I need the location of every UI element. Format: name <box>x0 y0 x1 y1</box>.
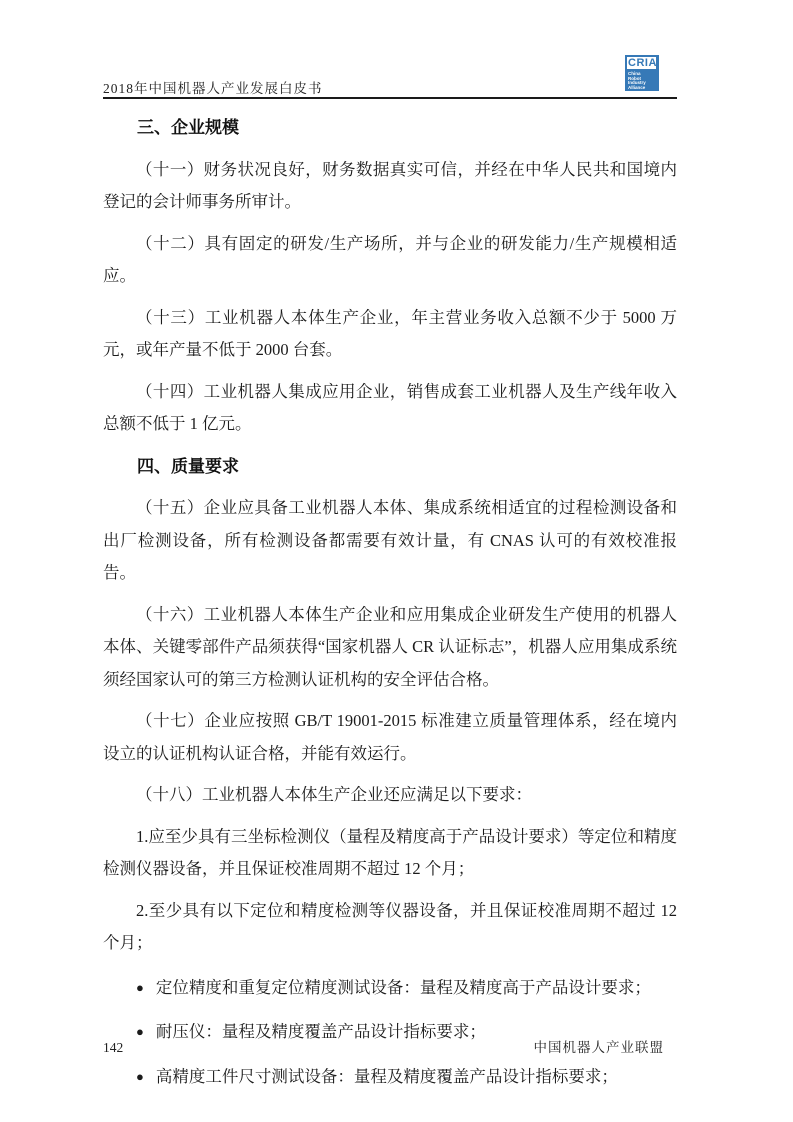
body-paragraph: （十七）企业应按照 GB/T 19001-2015 标准建立质量管理体系，经在境… <box>103 705 677 770</box>
bullet-item-text: 定位精度和重复定位精度测试设备：量程及精度高于产品设计要求； <box>156 978 651 997</box>
body-paragraph: （十五）企业应具备工业机器人本体、集成系统相适宜的过程检测设备和出厂检测设备，所… <box>103 492 677 590</box>
section-heading-enterprise-scale: 三、企业规模 <box>103 112 677 145</box>
body-paragraph: （十八）工业机器人本体生产企业还应满足以下要求： <box>103 779 677 812</box>
bullet-dot-icon: ● <box>136 972 144 1005</box>
body-paragraph: （十一）财务状况良好，财务数据真实可信，并经在中华人民共和国境内登记的会计师事务… <box>103 154 677 219</box>
body-paragraph: （十四）工业机器人集成应用企业，销售成套工业机器人及生产线年收入总额不低于 1 … <box>103 376 677 441</box>
document-body: 三、企业规模 （十一）财务状况良好，财务数据真实可信，并经在中华人民共和国境内登… <box>103 102 677 1093</box>
logo-acronym: CRIA <box>627 57 656 70</box>
header-title: 2018年中国机器人产业发展白皮书 <box>103 77 323 97</box>
body-paragraph: （十二）具有固定的研发/生产场所，并与企业的研发能力/生产规模相适应。 <box>103 228 677 293</box>
footer-organization: 中国机器人产业联盟 <box>534 1036 665 1056</box>
cria-logo-icon: CRIA China Robot Industry Alliance <box>625 55 659 91</box>
logo-subtext-line: Alliance <box>628 86 659 91</box>
body-paragraph: （十三）工业机器人本体生产企业，年主营业务收入总额不少于 5000 万元，或年产… <box>103 302 677 367</box>
page-number: 142 <box>103 1040 123 1056</box>
bullet-item: ●定位精度和重复定位精度测试设备：量程及精度高于产品设计要求； <box>103 972 677 1005</box>
header-rule <box>103 97 677 99</box>
bullet-item-text: 高精度工件尺寸测试设备：量程及精度覆盖产品设计指标要求； <box>156 1067 618 1086</box>
bullet-item: ●高精度工件尺寸测试设备：量程及精度覆盖产品设计指标要求； <box>103 1061 677 1094</box>
logo-subtext: China Robot Industry Alliance <box>627 70 659 90</box>
page-footer: 142 中国机器人产业联盟 <box>103 1036 664 1056</box>
bullet-dot-icon: ● <box>136 1061 144 1094</box>
body-paragraph: （十六）工业机器人本体生产企业和应用集成企业研发生产使用的机器人本体、关键零部件… <box>103 599 677 697</box>
section-heading-quality-requirements: 四、质量要求 <box>103 451 677 484</box>
document-page: 2018年中国机器人产业发展白皮书 CRIA China Robot Indus… <box>0 0 793 1122</box>
numbered-item: 2.至少具有以下定位和精度检测等仪器设备，并且保证校准周期不超过 12 个月； <box>103 895 677 960</box>
numbered-item: 1.应至少具有三坐标检测仪（量程及精度高于产品设计要求）等定位和精度检测仪器设备… <box>103 821 677 886</box>
